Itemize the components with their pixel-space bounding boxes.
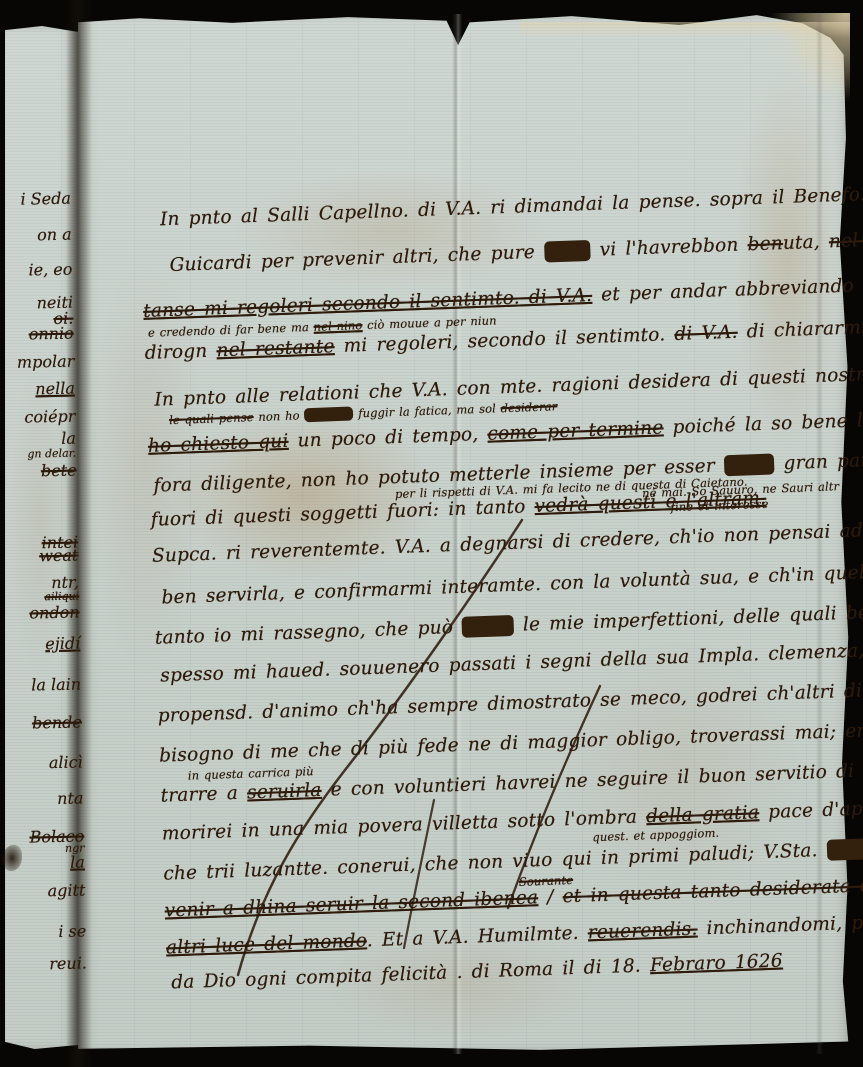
margin-fragment: nta xyxy=(57,790,84,807)
struck-text: seruirla xyxy=(247,780,322,804)
margin-fragment: la lain xyxy=(31,676,81,693)
struck-text: nel nino xyxy=(313,318,362,334)
margin-fragment: bete xyxy=(41,463,77,480)
handwritten-text: da Dio ogni compita felicità . di Roma i… xyxy=(171,955,650,993)
handwritten-text: uta, xyxy=(783,231,830,254)
handwritten-text: e con voluntieri havrei ne seguire il bu… xyxy=(321,759,863,800)
manuscript-line: venir a dhina seruir la second ibenea / … xyxy=(164,876,863,921)
manuscript-line: In pnto al Salli Capellno. di V.A. ri di… xyxy=(160,183,863,230)
struck-text: et in questa tanto desiderata da gli xyxy=(562,874,863,908)
struck-text: ho chiesto qui xyxy=(148,431,289,457)
handwritten-text: mouue a per niun xyxy=(384,313,497,331)
struck-text: nel rest- xyxy=(829,228,863,252)
handwritten-text: fine et interesse xyxy=(670,497,768,514)
obliterated-text: della xyxy=(724,453,775,476)
handwritten-text: . Et a V.A. Humilmte. xyxy=(366,922,588,951)
handwritten-text: non ho xyxy=(253,408,304,424)
margin-fragment: agitt xyxy=(47,882,85,899)
struck-text: di V.A. xyxy=(674,322,738,345)
margin-fragment: gn delar. xyxy=(27,448,76,460)
margin-fragment: i se xyxy=(58,923,86,940)
margin-fragment: i Seda xyxy=(20,191,71,208)
manuscript-line: che trii luzantte. conerui, che non viuo… xyxy=(163,837,863,884)
margin-fragment: ailiqui xyxy=(44,591,79,603)
handwritten-text: dirogn xyxy=(144,340,216,364)
handwritten-text: gran parte xyxy=(774,449,863,474)
manuscript-line: tanse mi regoleri secondo il sentimto. d… xyxy=(143,276,863,321)
margin-fragment: onnio xyxy=(29,326,74,343)
handwritten-text: trarre a xyxy=(160,783,247,807)
handwritten-text: et appoggiom. xyxy=(628,826,719,843)
handwritten-text: fuori di questi soggetti fuori: in tanto xyxy=(150,496,535,531)
margin-fragment: la xyxy=(70,854,85,870)
struck-text: ben xyxy=(747,233,783,255)
handwritten-text: pace d'appresso di V.A. xyxy=(759,794,863,824)
handwritten-text: In pnto al Salli Capellno. di V.A. ri di… xyxy=(160,181,863,230)
handwritten-text: di chiararmi di V.A. xyxy=(737,314,863,342)
handwritten-text: bisogno di me che di più fede ne di magg… xyxy=(159,719,863,766)
struck-text: le quali pense xyxy=(169,410,254,427)
handwritten-text: ben servirla, e confirmarmi interamte. c… xyxy=(161,561,863,609)
handwritten-text: fuggir la fatica, ma sol xyxy=(353,401,501,420)
handwritten-text: propensd. d'animo ch'ha sempre dimostrat… xyxy=(157,679,863,727)
handwritten-text: le mie imperfettioni, delle quali bene xyxy=(513,601,863,636)
struck-text: reuerendis. xyxy=(587,919,697,944)
handwritten-text: quest. xyxy=(592,829,629,844)
struck-text: desiderar xyxy=(500,399,557,415)
margin-fragment: reui. xyxy=(49,955,87,972)
margin-fragment: coiépr xyxy=(24,409,75,426)
handwritten-text: inchinandomi, prego xyxy=(697,911,863,939)
manuscript-line: fine et interesse xyxy=(670,499,768,514)
struck-text: nel restante xyxy=(216,336,335,361)
margin-fragment: la xyxy=(61,431,76,447)
manuscript-line: ben servirla, e confirmarmi interamte. c… xyxy=(161,563,863,608)
text-block: In pnto al Salli Capellno. di V.A. ri di… xyxy=(132,0,863,1066)
margin-fragment: ejidí xyxy=(45,636,80,653)
manuscript-line: bisogno di me che di più fede ne di magg… xyxy=(159,721,863,766)
manuscript-line: quest. et appoggiom. xyxy=(592,828,719,844)
margin-fragment: on a xyxy=(37,227,72,244)
handwritten-text: che trii luzantte. conerui, che non viuo… xyxy=(163,840,827,885)
handwritten-text: tanto io mi rassegno, che può xyxy=(155,617,463,649)
handwritten-text: in questa carrica xyxy=(188,765,291,783)
handwritten-text: un poco di tempo, xyxy=(288,424,488,452)
handwritten-text: Guicardi per prevenir altri, che pure xyxy=(169,242,544,276)
handwritten-text: Febraro 1626 xyxy=(650,950,784,976)
struck-text: altri luce del mondo xyxy=(166,930,368,958)
margin-fragment: bende xyxy=(32,714,82,731)
struck-text: della gratia xyxy=(646,802,760,827)
obliterated-text: uilen xyxy=(462,615,514,638)
struck-text: come per termine xyxy=(487,417,664,444)
margin-fragment: nella xyxy=(35,381,75,398)
manuscript-line: spesso mi haued. souuenero passati i seg… xyxy=(160,638,863,686)
margin-fragment: weat xyxy=(39,548,78,565)
manuscript-line: morirei in una mia povera villetta sotto… xyxy=(162,796,863,844)
handwritten-text: morirei in una mia povera villetta sotto… xyxy=(162,806,647,844)
obliterated-text: recusar xyxy=(304,406,354,422)
handwritten-text: / xyxy=(538,886,563,908)
margin-fragment: ie, eo xyxy=(28,262,72,279)
struck-text: tanse mi regoleri secondo il sentimto. d… xyxy=(143,285,593,322)
margin-fragment: ondon xyxy=(29,605,79,622)
handwritten-text: più xyxy=(290,764,314,779)
margin-fragment: alicì xyxy=(49,754,83,771)
margin-fragment: mpolar xyxy=(17,354,75,371)
manuscript-line: propensd. d'animo ch'ha sempre dimostrat… xyxy=(157,681,863,726)
handwritten-text: ciò xyxy=(362,317,385,332)
handwritten-text: et per andar abbreviando cha xyxy=(592,274,863,306)
handwritten-text: vi l'havrebbon xyxy=(590,234,748,261)
obliterated-text: daspetterem xyxy=(826,835,863,860)
manuscript-line: da Dio ogni compita felicità . di Roma i… xyxy=(171,952,783,992)
manuscript-line: Guicardi per prevenir altri, che pure xx… xyxy=(169,230,863,275)
scanned-manuscript-screen: i Sedaon aie, eoneitioi.onniompolarnella… xyxy=(0,0,863,1067)
handwritten-text: poiché la so bene la facia fin xyxy=(663,407,863,439)
manuscript-line: tanto io mi rassegno, che può uilen le m… xyxy=(155,603,863,648)
struck-text: venir a dhina seruir la second ibenea xyxy=(164,887,538,921)
obliterated-text: xxxx xyxy=(544,240,591,263)
manuscript-line: in questa carrica più xyxy=(188,766,314,782)
